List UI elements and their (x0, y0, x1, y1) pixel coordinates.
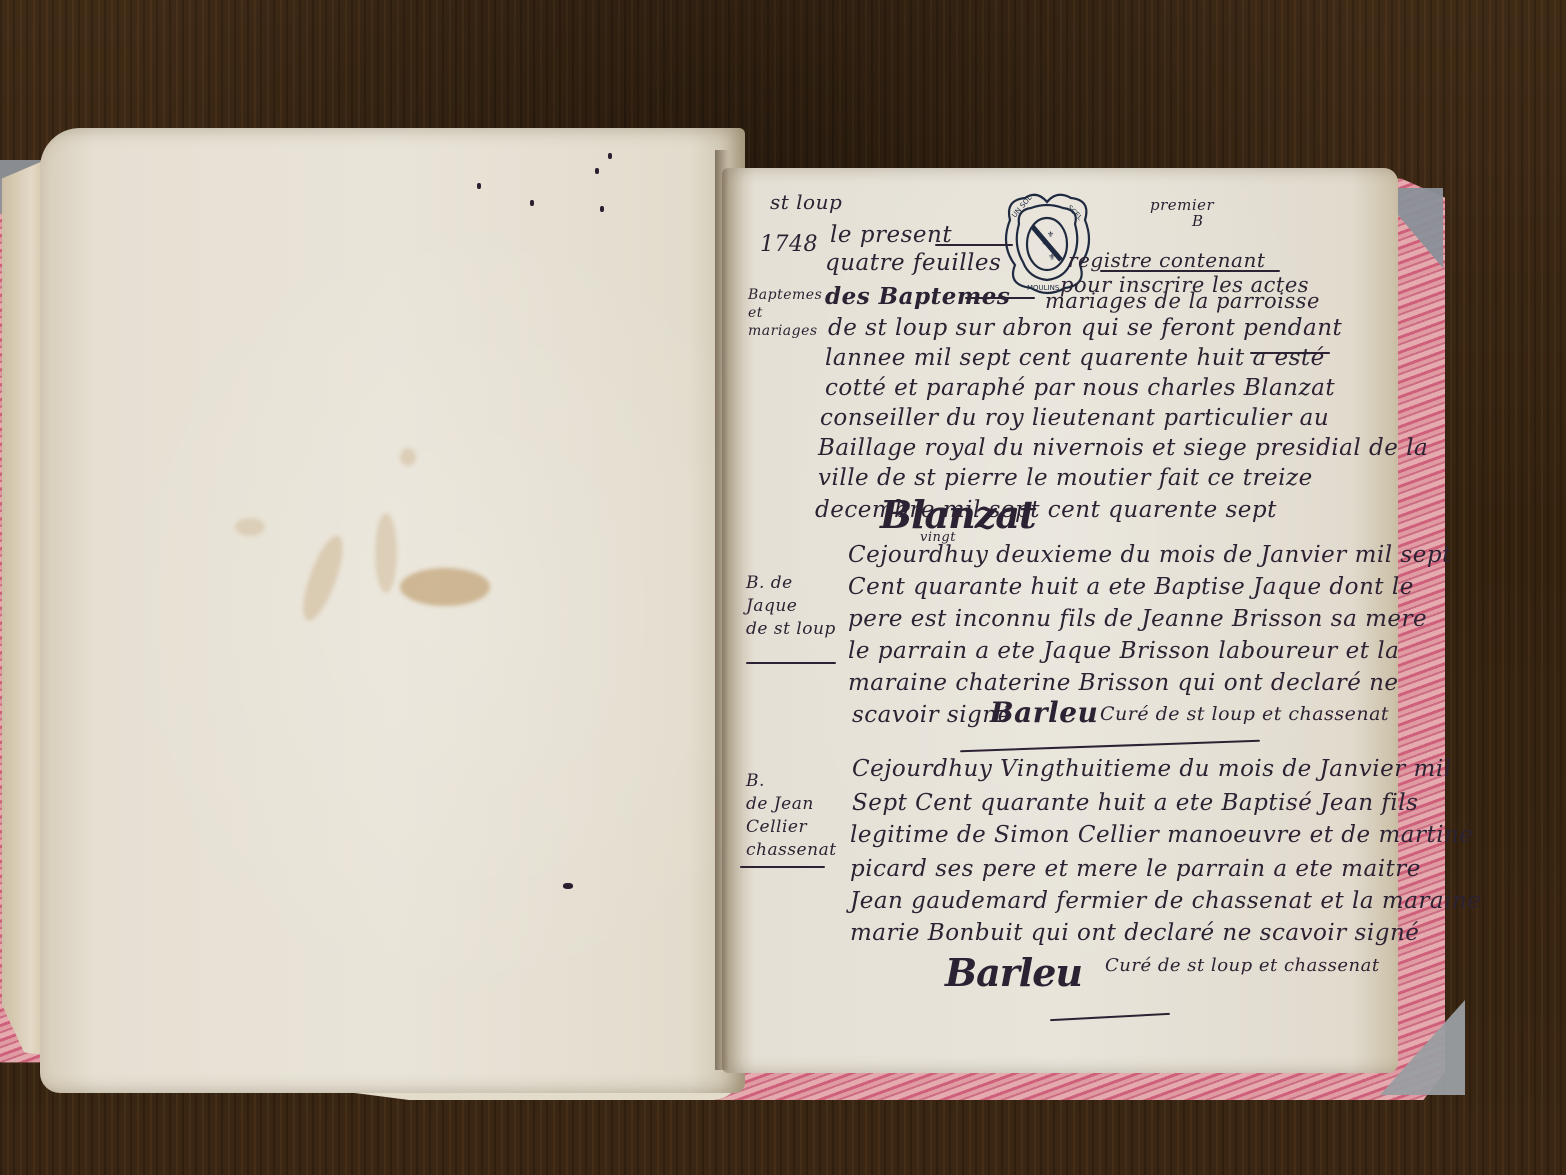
preamble-line: registre contenant (1068, 248, 1265, 272)
signature-barleu: Barleu (945, 950, 1082, 995)
svg-text:⚜: ⚜ (1048, 253, 1056, 263)
book-gutter (715, 150, 729, 1070)
preamble-line: le present (830, 222, 952, 248)
signature-title: Curé de st loup et chassenat (1100, 703, 1389, 725)
preamble-line: mariages de la parroisse (1045, 289, 1320, 313)
folio-heading: premier (1150, 196, 1214, 214)
margin-note-line: B. (746, 770, 846, 793)
place-heading: st loup (770, 190, 842, 214)
line-flourish (935, 244, 1013, 246)
margin-note-line: de st loup (746, 618, 836, 641)
margin-note-line: B. de (746, 572, 836, 595)
ink-spot (477, 183, 481, 189)
signature-blanzat: Blanzat (880, 492, 1036, 537)
left-page-blank (40, 128, 745, 1093)
ink-spot (530, 200, 534, 206)
margin-note-line: de Jean (746, 793, 846, 816)
preamble-line: Baillage royal du nivernois et siege pre… (818, 435, 1428, 461)
preamble-line: ville de st pierre le moutier fait ce tr… (818, 465, 1313, 491)
line-flourish (1250, 352, 1330, 354)
entry-line: maraine chaterine Brisson qui ont declar… (848, 670, 1399, 696)
entry-line: Sept Cent quarante huit a ete Baptisé Je… (852, 790, 1418, 816)
signature-barleu: Barleu (990, 696, 1098, 729)
preamble-line: de st loup sur abron qui se feront penda… (828, 315, 1342, 341)
margin-note-line: chassenat (746, 839, 846, 862)
ink-spot (563, 883, 573, 889)
water-stain (235, 518, 265, 536)
water-stain (400, 448, 416, 466)
margin-heading: Baptemes et mariages (748, 286, 828, 340)
year-heading: 1748 (760, 232, 818, 257)
ink-spot (595, 168, 599, 174)
entry-line: picard ses pere et mere le parrain a ete… (850, 856, 1421, 882)
svg-text:⚜: ⚜ (1047, 230, 1054, 239)
entry-line: Cent quarante huit a ete Baptise Jaque d… (848, 574, 1414, 600)
entry-2-margin-note: B. de Jean Cellier chassenat (746, 770, 846, 862)
line-flourish (746, 662, 836, 664)
signature-title: Curé de st loup et chassenat (1105, 955, 1380, 976)
entry-line: Jean gaudemard fermier de chassenat et l… (850, 888, 1481, 914)
line-flourish (740, 866, 825, 868)
ink-spot (600, 206, 604, 212)
preamble-line: lannee mil sept cent quarente huit a est… (825, 345, 1325, 371)
preamble-line: quatre feuilles (825, 250, 1001, 276)
preamble-line: cotté et paraphé par nous charles Blanza… (825, 375, 1335, 401)
ink-spot (608, 153, 612, 159)
svg-text:SCEL: SCEL (1066, 204, 1084, 222)
margin-note-line: Jaque (746, 595, 836, 618)
entry-line: le parrain a ete Jaque Brisson laboureur… (848, 638, 1399, 664)
line-flourish (965, 297, 1035, 299)
entry-line: legitime de Simon Cellier manoeuvre et d… (850, 822, 1473, 848)
water-stain (400, 568, 490, 606)
folio-letter: B (1192, 212, 1204, 230)
line-flourish (1100, 270, 1280, 272)
margin-note-line: Cellier (746, 816, 846, 839)
water-stain (375, 513, 397, 593)
margin-heading-line: mariages (748, 322, 828, 340)
entry-line: marie Bonbuit qui ont declaré ne scavoir… (850, 920, 1419, 946)
entry-line: scavoir signé (852, 702, 1012, 728)
entry-line: pere est inconnu fils de Jeanne Brisson … (848, 606, 1427, 632)
margin-heading-line: Baptemes et (748, 286, 828, 322)
water-stain (295, 531, 350, 624)
entry-line: Cejourdhuy Vingthuitieme du mois de Janv… (852, 756, 1452, 782)
entry-line: Cejourdhuy deuxieme du mois de Janvier m… (848, 542, 1452, 568)
entry-1-margin-note: B. de Jaque de st loup (746, 572, 836, 641)
preamble-line: conseiller du roy lieutenant particulier… (820, 405, 1329, 431)
